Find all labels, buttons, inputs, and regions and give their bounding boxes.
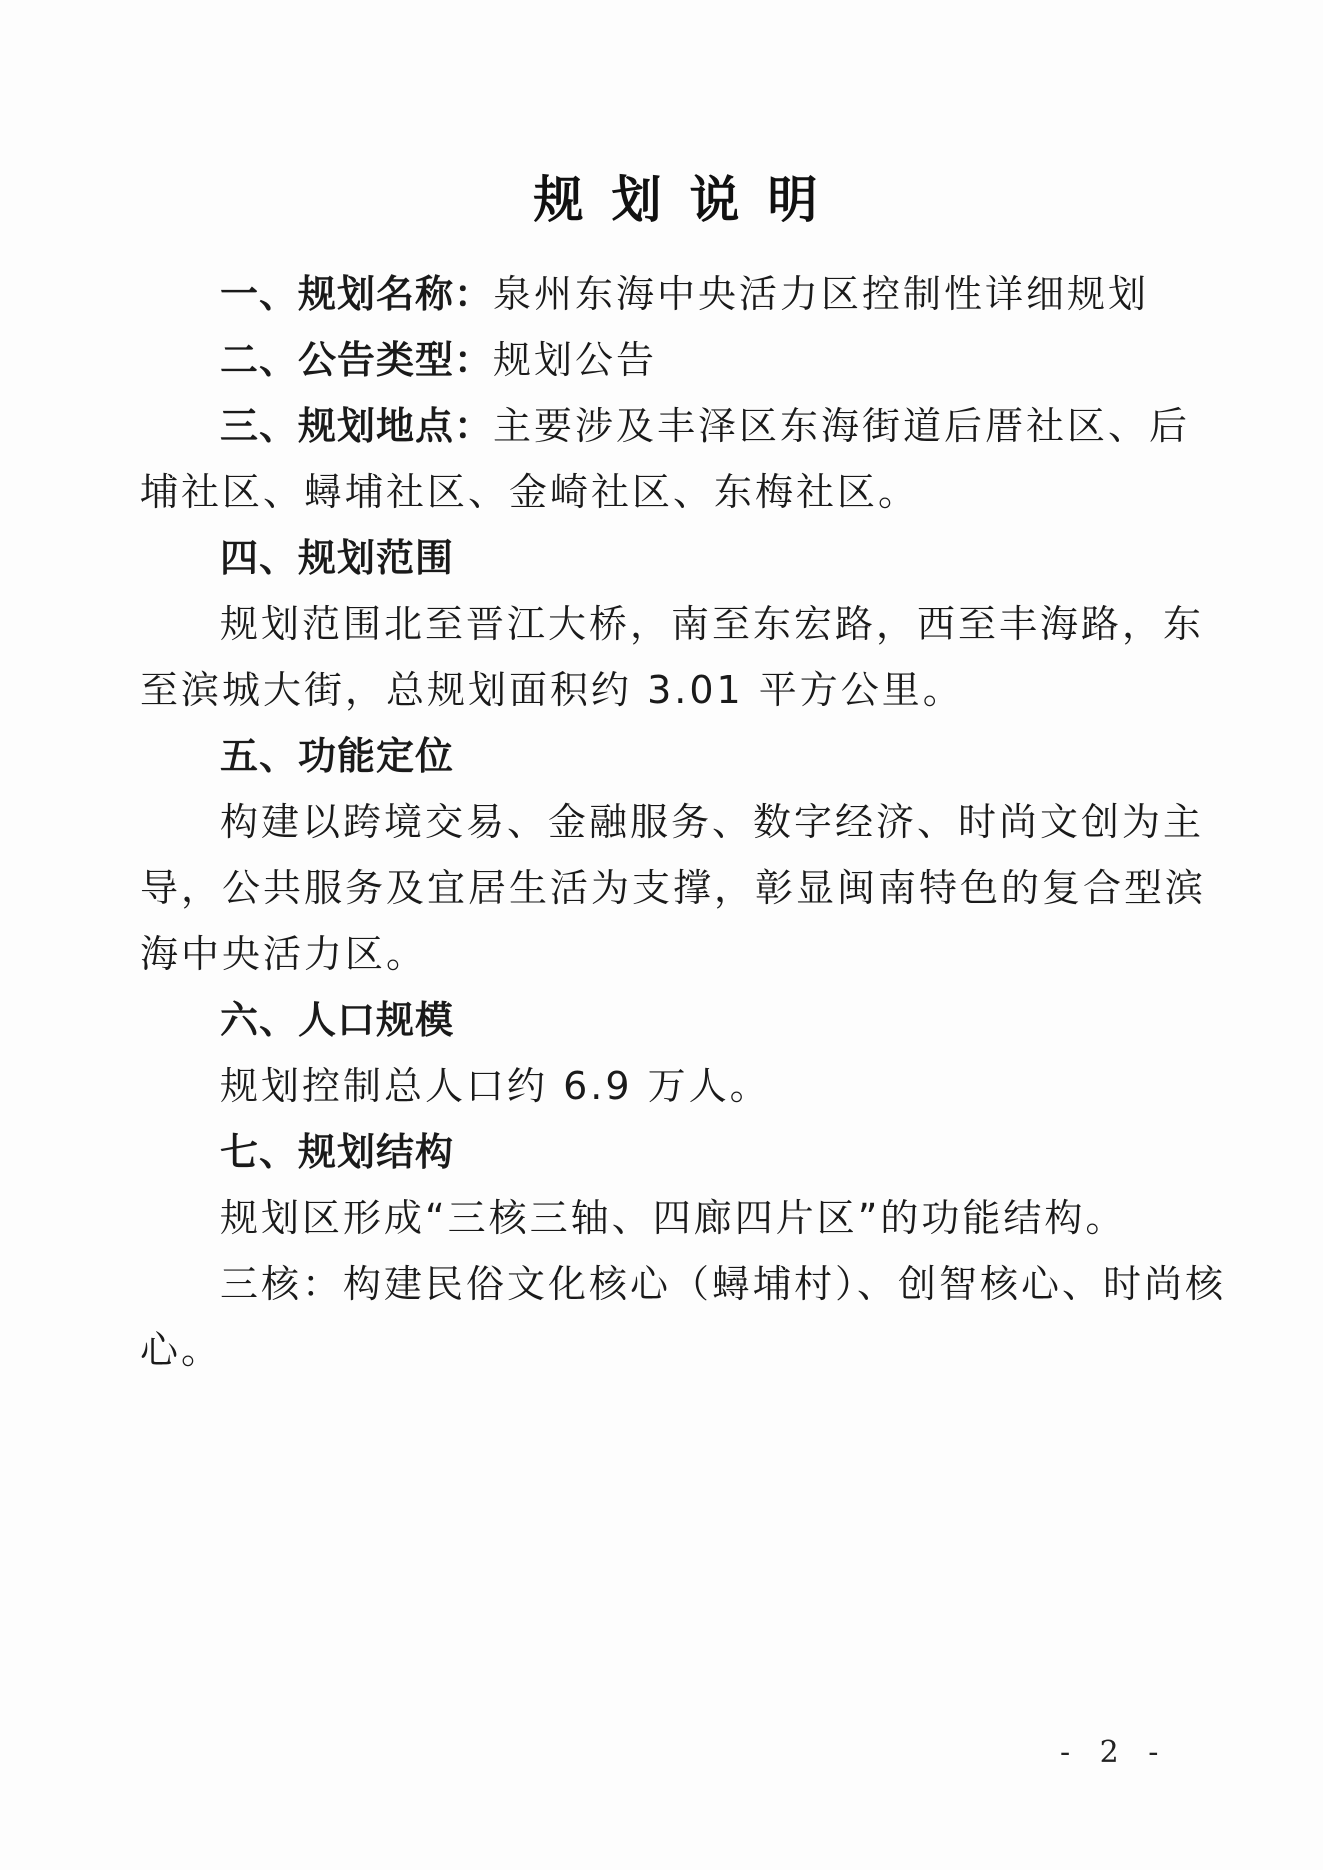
section-1: 一、规划名称：泉州东海中央活力区控制性详细规划 [220,270,1300,318]
section-6-heading: 六、人口规模 [220,996,1300,1044]
document-page: 规划说明 一、规划名称：泉州东海中央活力区控制性详细规划 二、公告类型：规划公告… [0,0,1323,1870]
section-body: 规划公告 [493,338,657,382]
section-7-body-cont: 心。 [140,1326,1220,1374]
section-3: 三、规划地点：主要涉及丰泽区东海街道后厝社区、后 [220,402,1300,450]
section-7-body: 规划区形成“三核三轴、四廊四片区”的功能结构。 [220,1194,1300,1242]
section-5-body-cont: 导，公共服务及宜居生活为支撑，彰显闽南特色的复合型滨 [140,864,1220,912]
section-7-heading: 七、规划结构 [220,1128,1300,1176]
section-4-heading: 四、规划范围 [220,534,1300,582]
section-body: 泉州东海中央活力区控制性详细规划 [493,272,1149,316]
section-6-body: 规划控制总人口约 6.9 万人。 [220,1062,1300,1110]
section-body: 主要涉及丰泽区东海街道后厝社区、后 [493,404,1190,448]
page-title: 规划说明 [0,160,1323,232]
section-4-body: 规划范围北至晋江大桥，南至东宏路，西至丰海路，东 [220,600,1300,648]
section-3-body-cont: 埔社区、蟳埔社区、金崎社区、东梅社区。 [140,468,1220,516]
page-number: - 2 - [1060,1735,1168,1770]
section-5-body: 构建以跨境交易、金融服务、数字经济、时尚文创为主 [220,798,1300,846]
section-heading: 二、公告类型： [220,338,493,382]
section-5-body-cont2: 海中央活力区。 [140,930,1220,978]
section-2: 二、公告类型：规划公告 [220,336,1300,384]
section-5-heading: 五、功能定位 [220,732,1300,780]
section-heading: 一、规划名称： [220,272,493,316]
section-7-body-2: 三核：构建民俗文化核心（蟳埔村）、创智核心、时尚核 [220,1260,1300,1308]
section-4-body-cont: 至滨城大街，总规划面积约 3.01 平方公里。 [140,666,1220,714]
section-heading: 三、规划地点： [220,404,493,448]
